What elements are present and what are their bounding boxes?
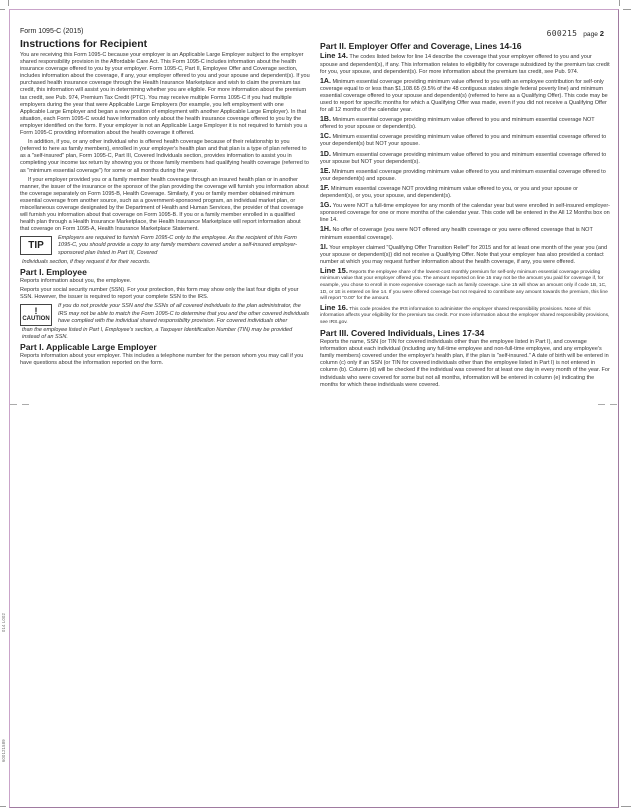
code-1e: 1E. Minimum essential coverage providing… — [320, 168, 610, 183]
code-1c-text: Minimum essential coverage providing min… — [320, 134, 606, 147]
fold-mark-left — [10, 404, 17, 405]
line16-paragraph: Line 16. This code provides the IRS info… — [320, 305, 610, 327]
intro-paragraph: You are receiving this Form 1095-C becau… — [20, 52, 310, 137]
right-column: Part II. Employer Offer and Coverage, Li… — [320, 40, 610, 391]
line14-text: The codes listed below for line 14 descr… — [320, 54, 610, 74]
code-1d-label: 1D. — [320, 151, 331, 158]
code-1b-text: Minimum essential coverage providing min… — [320, 117, 595, 130]
left-column: Form 1095-C (2015) Instructions for Reci… — [20, 28, 310, 370]
crop-mark-bottom-left — [0, 806, 6, 807]
code-1a: 1A. Minimum essential coverage providing… — [320, 78, 610, 114]
tip-label-box: TIP — [20, 236, 52, 255]
code-1d-text: Minimum essential coverage providing min… — [320, 152, 606, 165]
line16-lead: Line 16. — [320, 303, 348, 312]
code-1i-text: Your employer claimed "Qualifying Offer … — [320, 245, 607, 265]
code-1h-label: 1H. — [320, 226, 331, 233]
self-insured-paragraph: In addition, if you, or any other indivi… — [20, 139, 310, 174]
page-indicator: page 2 — [583, 31, 604, 38]
crop-mark-top-right — [619, 0, 620, 6]
code-1b: 1B. Minimum essential coverage providing… — [320, 116, 610, 131]
crop-mark-top-left-h — [0, 9, 5, 10]
part1-employee-p2: Reports your social security number (SSN… — [20, 287, 310, 301]
code-1a-label: 1A. — [320, 78, 331, 85]
caution-text: If you do not provide your SSN and the S… — [58, 303, 310, 324]
part1-employer-p1: Reports information about your employer.… — [20, 353, 310, 367]
form-identifier: Form 1095-C (2015) — [20, 28, 310, 35]
margin-code-2: 600121589 — [1, 739, 6, 762]
crop-mark-bottom-right — [621, 806, 631, 807]
insured-plan-paragraph: If your employer provided you or a famil… — [20, 177, 310, 234]
line15-paragraph: Line 15. Reports the employee share of t… — [320, 268, 610, 303]
margin-code-1: 014 L002 — [1, 613, 6, 632]
line16-text: This code provides the IRS information t… — [320, 307, 609, 325]
code-1a-text: Minimum essential coverage providing min… — [320, 79, 608, 113]
crop-mark-top-left — [8, 0, 9, 6]
part3-text: Reports the name, SSN (or TIN for covere… — [320, 339, 610, 389]
crop-mark-top-right-h — [623, 9, 631, 10]
line15-lead: Line 15. — [320, 266, 348, 275]
fold-mark-right-2 — [610, 404, 617, 405]
page-label: page — [583, 31, 598, 38]
part3-heading: Part III. Covered Individuals, Lines 17-… — [320, 329, 610, 338]
tip-text-tail: Individuals section, if they request it … — [20, 259, 310, 266]
page-header-right: 600215 page 2 — [547, 29, 604, 38]
caution-text-tail: than the employee listed in Part I, Empl… — [20, 327, 310, 341]
form-control-code: 600215 — [547, 29, 578, 38]
tip-text: Employers are required to furnish Form 1… — [58, 235, 310, 256]
code-1c-label: 1C. — [320, 133, 331, 140]
instructions-title: Instructions for Recipient — [20, 38, 310, 50]
code-1i-label: 1I. — [320, 244, 328, 251]
fold-mark-right — [598, 404, 605, 405]
caution-exclamation-icon: ! — [21, 307, 51, 316]
code-1g-text: You were NOT a full-time employee for an… — [320, 203, 610, 223]
caution-label-box: ! CAUTION — [20, 304, 52, 326]
line15-text: Reports the employee share of the lowest… — [320, 270, 608, 301]
code-1f-label: 1F. — [320, 185, 329, 192]
code-1e-label: 1E. — [320, 168, 331, 175]
caution-callout: ! CAUTION If you do not provide your SSN… — [20, 303, 310, 340]
code-1h-text: No offer of coverage (you were NOT offer… — [320, 227, 593, 240]
tip-callout: TIP Employers are required to furnish Fo… — [20, 235, 310, 265]
caution-label: CAUTION — [22, 316, 49, 322]
part1-employee-p1: Reports information about you, the emplo… — [20, 278, 310, 285]
code-1e-text: Minimum essential coverage providing min… — [320, 169, 606, 182]
code-1f: 1F. Minimum essential coverage NOT provi… — [320, 185, 610, 200]
code-1c: 1C. Minimum essential coverage providing… — [320, 133, 610, 148]
line14-paragraph: Line 14. The codes listed below for line… — [320, 52, 610, 75]
page-number: 2 — [600, 29, 604, 38]
code-1d: 1D. Minimum essential coverage providing… — [320, 151, 610, 166]
code-1b-label: 1B. — [320, 116, 331, 123]
code-1h: 1H. No offer of coverage (you were NOT o… — [320, 226, 610, 241]
part1-employer-heading: Part I. Applicable Large Employer — [20, 343, 310, 352]
code-1i: 1I. Your employer claimed "Qualifying Of… — [320, 244, 610, 266]
fold-mark-left-2 — [22, 404, 29, 405]
code-1g-label: 1G. — [320, 202, 331, 209]
part1-employee-heading: Part I. Employee — [20, 268, 310, 277]
line14-lead: Line 14. — [320, 51, 348, 60]
part2-heading: Part II. Employer Offer and Coverage, Li… — [320, 42, 610, 51]
code-1g: 1G. You were NOT a full-time employee fo… — [320, 202, 610, 224]
code-1f-text: Minimum essential coverage NOT providing… — [320, 186, 578, 199]
